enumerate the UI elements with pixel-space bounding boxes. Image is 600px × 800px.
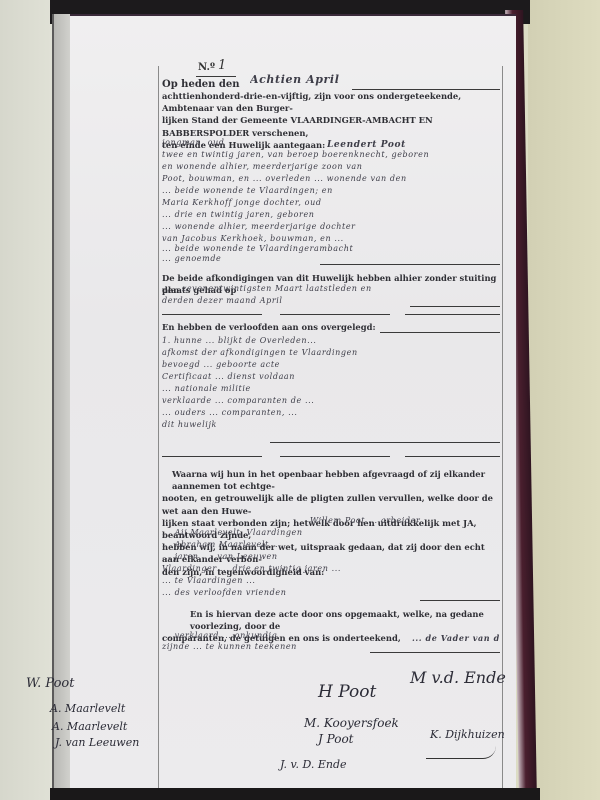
intro-line3: lijken Stand der Gemeente VLAARDINGER-AM… — [162, 114, 500, 138]
op-heden-den: Op heden den — [162, 79, 240, 90]
registrar-signature: K. Dijkhuizen — [430, 728, 505, 741]
margin-signature-4: J. van Leeuwen — [55, 736, 139, 749]
proclamation-dates-2: derden dezer maand April — [162, 296, 402, 305]
registrar-flourish — [426, 746, 496, 759]
witness-signature-1: M. Kooyersfoek — [304, 716, 399, 730]
den-label: den — [162, 284, 179, 296]
closing-handwritten-2: ... verklaard ... onkundig — [162, 631, 500, 640]
witness-signature-2: J Poot — [318, 732, 353, 746]
margin-rule-left — [158, 66, 159, 800]
margin-rule-right — [502, 66, 503, 800]
groom-signature: H Poot — [318, 682, 376, 702]
intro-line2: achttienhonderd-drie-en-vijftig, zijn vo… — [162, 90, 500, 114]
margin-signature-2: A. Maarlevelt — [50, 702, 125, 715]
date-handwritten: Achtien April — [250, 74, 340, 86]
proclamation-dates-1: zevenentwintigsten Maart laatstleden en — [182, 284, 500, 293]
register-page: N.º 1 Op heden den Achtien April achttie… — [70, 14, 516, 790]
book-binding-bottom — [50, 788, 540, 800]
background-right-table — [528, 0, 600, 800]
record-number-label: N.º — [198, 62, 215, 73]
margin-signature-3: A. Maarlevelt — [52, 720, 127, 733]
bride-signature: M v.d. Ende — [410, 668, 506, 687]
margin-signature-1: W. Poot — [26, 676, 74, 691]
witness-signature-3: J. v. D. Ende — [280, 758, 347, 771]
closing-handwritten-3: zijnde ... te kunnen teekenen — [162, 642, 352, 651]
record-number-value: 1 — [218, 58, 226, 73]
